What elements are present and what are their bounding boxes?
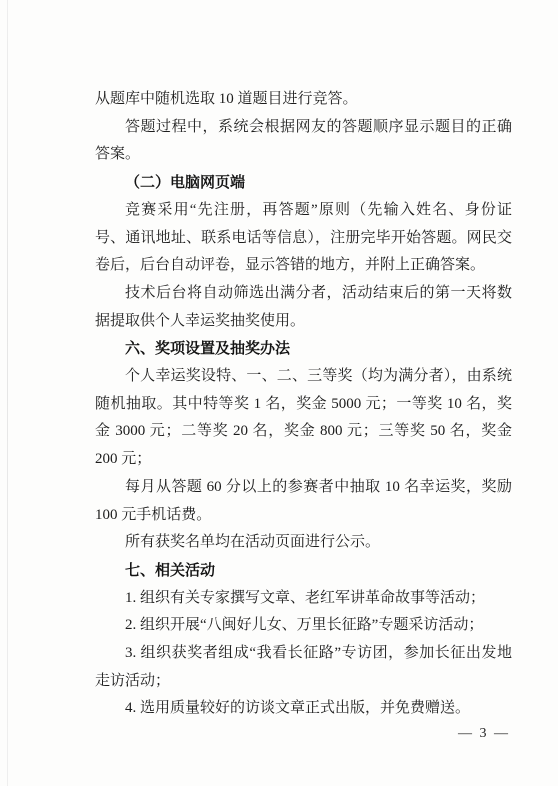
scan-edge-line: [7, 0, 8, 786]
paragraph: 所有获奖名单均在活动页面进行公示。: [95, 529, 512, 557]
document-body: 从题库中随机选取 10 道题目进行竞答。 答题过程中，系统会根据网友的答题顺序显…: [95, 86, 512, 723]
paragraph: 竞赛采用“先注册，再答题”原则（先输入姓名、身份证号、通讯地址、联系电话等信息）…: [95, 197, 512, 280]
section-heading-related-activities: 七、相关活动: [95, 557, 512, 585]
paragraph: 技术后台将自动筛选出满分者，活动结束后的第一天将数据提取供个人幸运奖抽奖使用。: [95, 280, 512, 335]
paragraph: 个人幸运奖设特、一、二、三等奖（均为满分者），由系统随机抽取。其中特等奖 1 名…: [95, 363, 512, 474]
list-item-3: 3. 组织获奖者组成“我看长征路”专访团，参加长征出发地走访活动；: [95, 640, 512, 695]
paragraph: 答题过程中，系统会根据网友的答题顺序显示题目的正确答案。: [95, 114, 512, 169]
list-item-1: 1. 组织有关专家撰写文章、老红军讲革命故事等活动；: [95, 585, 512, 613]
page-number: — 3 —: [458, 726, 510, 742]
paragraph-continuation: 从题库中随机选取 10 道题目进行竞答。: [95, 86, 512, 114]
list-item-2: 2. 组织开展“八闽好儿女、万里长征路”专题采访活动；: [95, 612, 512, 640]
section-heading-prizes: 六、奖项设置及抽奖办法: [95, 335, 512, 363]
list-item-4: 4. 选用质量较好的访谈文章正式出版，并免费赠送。: [95, 695, 512, 723]
document-page: 从题库中随机选取 10 道题目进行竞答。 答题过程中，系统会根据网友的答题顺序显…: [0, 0, 558, 786]
paragraph: 每月从答题 60 分以上的参赛者中抽取 10 名幸运奖，奖励 100 元手机话费…: [95, 474, 512, 529]
section-heading-pc-web: （二）电脑网页端: [95, 169, 512, 197]
